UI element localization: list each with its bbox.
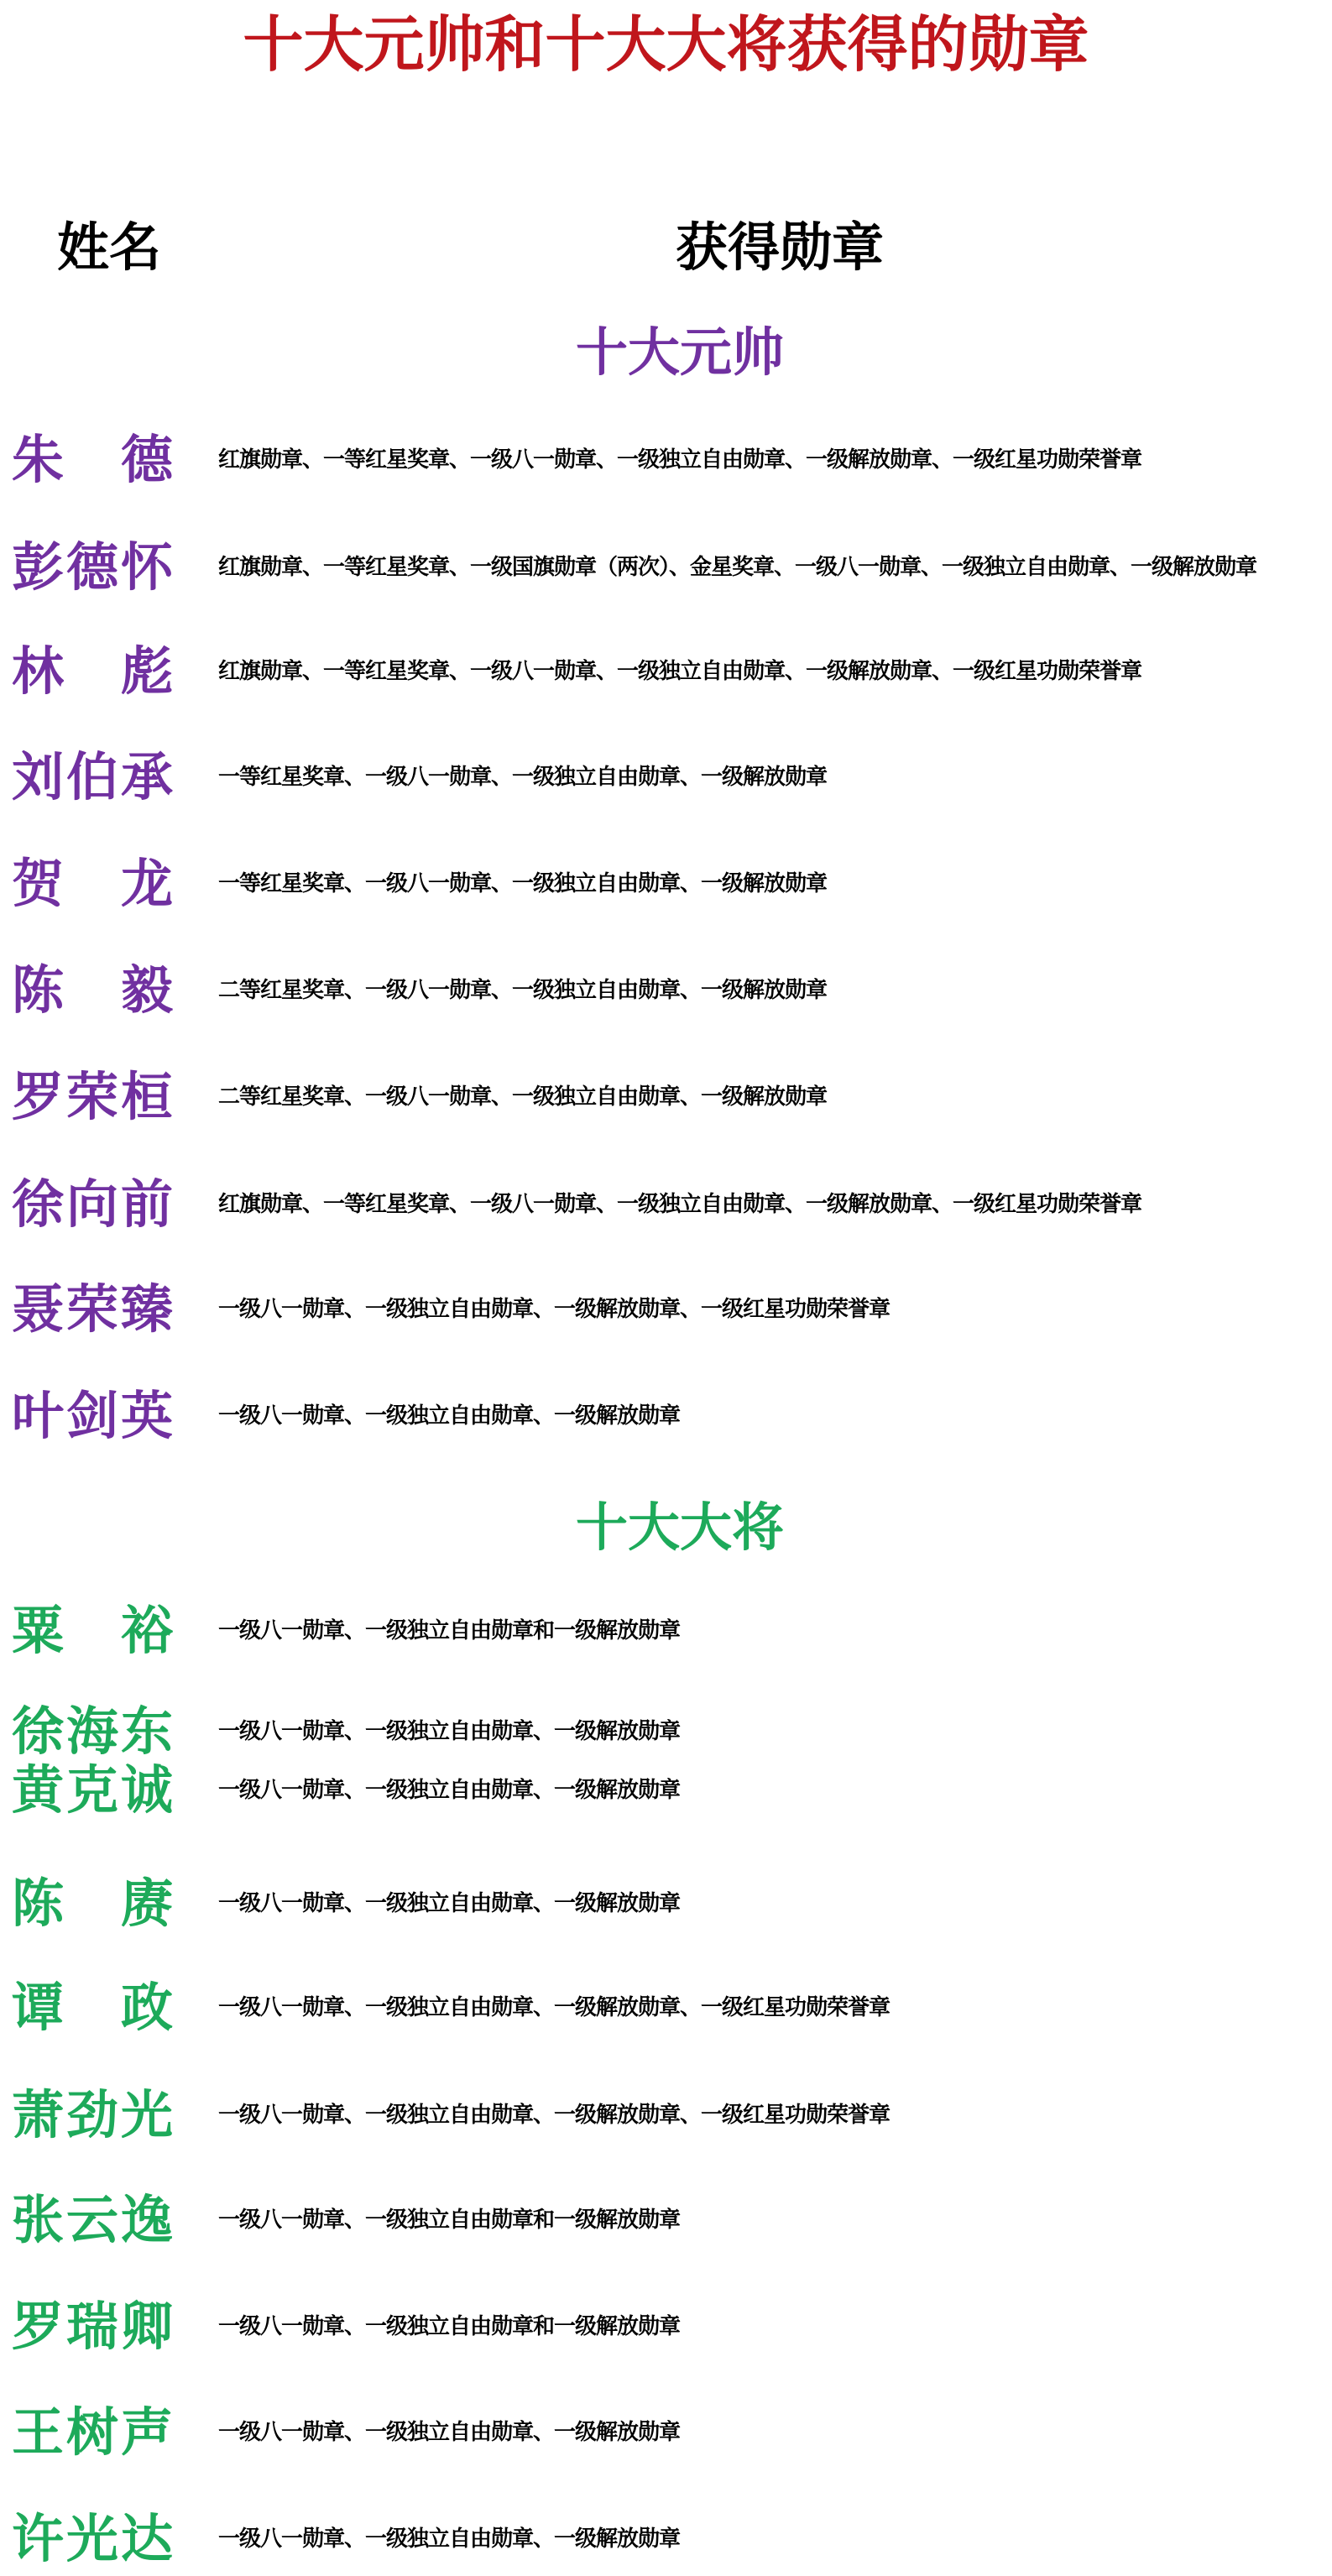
- name-char: 荣: [66, 1276, 118, 1343]
- person-row: 叶剑英一级八一勋章、一级独立自由勋章、一级解放勋章: [0, 1382, 1332, 1450]
- person-name: 彭德怀: [12, 534, 173, 601]
- person-name: 王树声: [12, 2399, 173, 2466]
- name-char: 荣: [66, 1063, 118, 1131]
- name-char: 龙: [121, 850, 173, 917]
- name-char: 克: [66, 1763, 118, 1818]
- person-name: 贺龙: [12, 850, 173, 917]
- section-heading-marshals: 十大元帅: [0, 319, 1332, 386]
- name-char: 彭: [12, 534, 64, 601]
- name-char: 王: [12, 2399, 64, 2466]
- person-row: 林彪红旗勋章、一等红星奖章、一级八一勋章、一级独立自由勋章、一级解放勋章、一级红…: [0, 638, 1332, 705]
- name-char: 朱: [12, 426, 64, 494]
- medal-list: 二等红星奖章、一级八一勋章、一级独立自由勋章、一级解放勋章: [218, 1063, 827, 1131]
- name-char: 谭: [12, 1974, 64, 2041]
- medal-list: 一级八一勋章、一级独立自由勋章、一级解放勋章: [218, 1704, 680, 1759]
- person-name: 许光达: [12, 2505, 173, 2573]
- name-char: 陈: [12, 957, 64, 1024]
- name-char: 云: [66, 2187, 118, 2254]
- person-row: 张云逸一级八一勋章、一级独立自由勋章和一级解放勋章: [0, 2187, 1332, 2254]
- name-char: 徐: [12, 1704, 64, 1759]
- name-char: 罗: [12, 1063, 64, 1131]
- medal-list: 一级八一勋章、一级独立自由勋章、一级解放勋章: [218, 1382, 680, 1450]
- page-title: 十大元帅和十大大将获得的勋章: [0, 7, 1332, 82]
- medal-list: 一级八一勋章、一级独立自由勋章、一级解放勋章、一级红星功勋荣誉章: [218, 1974, 890, 2041]
- name-char: 海: [66, 1704, 118, 1759]
- name-char: 桓: [121, 1063, 173, 1131]
- name-char: 向: [66, 1171, 118, 1238]
- name-char: 罗: [12, 2293, 64, 2360]
- name-char: 诚: [121, 1763, 173, 1818]
- medal-list: 一级八一勋章、一级独立自由勋章、一级解放勋章: [218, 2399, 680, 2466]
- name-char: 德: [121, 426, 173, 494]
- name-char: 叶: [12, 1382, 64, 1450]
- person-name: 聂荣臻: [12, 1276, 173, 1343]
- name-char: 粟: [12, 1597, 64, 1664]
- name-char: 瑞: [66, 2293, 118, 2360]
- column-header-name: 姓名: [57, 214, 161, 281]
- medal-list: 红旗勋章、一等红星奖章、一级国旗勋章（两次）、金星奖章、一级八一勋章、一级独立自…: [218, 534, 1256, 601]
- name-char: 黄: [12, 1763, 64, 1818]
- name-char: 东: [121, 1704, 173, 1759]
- name-char: 承: [121, 744, 173, 811]
- medal-list: 红旗勋章、一等红星奖章、一级八一勋章、一级独立自由勋章、一级解放勋章、一级红星功…: [218, 426, 1141, 494]
- person-row: 刘伯承一等红星奖章、一级八一勋章、一级独立自由勋章、一级解放勋章: [0, 744, 1332, 811]
- name-char: 裕: [121, 1597, 173, 1664]
- person-row: 陈赓一级八一勋章、一级独立自由勋章、一级解放勋章: [0, 1870, 1332, 1937]
- section-heading-generals: 十大大将: [0, 1494, 1332, 1561]
- name-char: 逸: [121, 2187, 173, 2254]
- name-char: 陈: [12, 1870, 64, 1937]
- person-row: 粟裕一级八一勋章、一级独立自由勋章和一级解放勋章: [0, 1597, 1332, 1664]
- person-name: 徐向前: [12, 1171, 173, 1238]
- name-char: 张: [12, 2187, 64, 2254]
- person-name: 叶剑英: [12, 1382, 173, 1450]
- name-char: 达: [121, 2505, 173, 2573]
- person-row: 许光达一级八一勋章、一级独立自由勋章、一级解放勋章: [0, 2505, 1332, 2573]
- person-name: 粟裕: [12, 1597, 173, 1664]
- name-char: 林: [12, 638, 64, 705]
- name-char: 德: [66, 534, 118, 601]
- person-name: 徐海东: [12, 1704, 173, 1759]
- name-char: 政: [121, 1974, 173, 2041]
- person-row: 彭德怀红旗勋章、一等红星奖章、一级国旗勋章（两次）、金星奖章、一级八一勋章、一级…: [0, 534, 1332, 601]
- person-row: 聂荣臻一级八一勋章、一级独立自由勋章、一级解放勋章、一级红星功勋荣誉章: [0, 1276, 1332, 1343]
- name-char: 徐: [12, 1171, 64, 1238]
- person-row: 罗荣桓二等红星奖章、一级八一勋章、一级独立自由勋章、一级解放勋章: [0, 1063, 1332, 1131]
- person-name: 刘伯承: [12, 744, 173, 811]
- person-row: 朱德红旗勋章、一等红星奖章、一级八一勋章、一级独立自由勋章、一级解放勋章、一级红…: [0, 426, 1332, 494]
- name-char: 剑: [66, 1382, 118, 1450]
- person-name: 张云逸: [12, 2187, 173, 2254]
- medal-list: 一级八一勋章、一级独立自由勋章、一级解放勋章: [218, 1870, 680, 1937]
- medal-list: 一级八一勋章、一级独立自由勋章、一级解放勋章、一级红星功勋荣誉章: [218, 1276, 890, 1343]
- person-row: 谭政一级八一勋章、一级独立自由勋章、一级解放勋章、一级红星功勋荣誉章: [0, 1974, 1332, 2041]
- name-char: 英: [121, 1382, 173, 1450]
- person-row: 贺龙一等红星奖章、一级八一勋章、一级独立自由勋章、一级解放勋章: [0, 850, 1332, 917]
- medal-list: 一等红星奖章、一级八一勋章、一级独立自由勋章、一级解放勋章: [218, 850, 827, 917]
- name-char: 前: [121, 1171, 173, 1238]
- medal-list: 一级八一勋章、一级独立自由勋章、一级解放勋章: [218, 1763, 680, 1818]
- medal-list: 一级八一勋章、一级独立自由勋章和一级解放勋章: [218, 2293, 680, 2360]
- medal-list: 一级八一勋章、一级独立自由勋章、一级解放勋章: [218, 2505, 680, 2573]
- name-char: 许: [12, 2505, 64, 2573]
- name-char: 声: [121, 2399, 173, 2466]
- person-name: 黄克诚: [12, 1763, 173, 1818]
- person-row: 陈毅二等红星奖章、一级八一勋章、一级独立自由勋章、一级解放勋章: [0, 957, 1332, 1024]
- name-char: 彪: [121, 638, 173, 705]
- name-char: 劲: [66, 2082, 118, 2149]
- medal-list: 二等红星奖章、一级八一勋章、一级独立自由勋章、一级解放勋章: [218, 957, 827, 1024]
- name-char: 怀: [121, 534, 173, 601]
- name-char: 光: [121, 2082, 173, 2149]
- name-char: 伯: [66, 744, 118, 811]
- person-row: 萧劲光一级八一勋章、一级独立自由勋章、一级解放勋章、一级红星功勋荣誉章: [0, 2082, 1332, 2149]
- person-name: 陈赓: [12, 1870, 173, 1937]
- medal-list: 一等红星奖章、一级八一勋章、一级独立自由勋章、一级解放勋章: [218, 744, 827, 811]
- person-name: 罗荣桓: [12, 1063, 173, 1131]
- person-name: 谭政: [12, 1974, 173, 2041]
- person-row: 王树声一级八一勋章、一级独立自由勋章、一级解放勋章: [0, 2399, 1332, 2466]
- name-char: 光: [66, 2505, 118, 2573]
- person-name: 林彪: [12, 638, 173, 705]
- name-char: 毅: [121, 957, 173, 1024]
- person-name: 萧劲光: [12, 2082, 173, 2149]
- column-header-medals: 获得勋章: [676, 214, 884, 281]
- person-name: 罗瑞卿: [12, 2293, 173, 2360]
- medal-list: 一级八一勋章、一级独立自由勋章和一级解放勋章: [218, 2187, 680, 2254]
- person-row: 徐海东一级八一勋章、一级独立自由勋章、一级解放勋章: [0, 1704, 1332, 1771]
- name-char: 聂: [12, 1276, 64, 1343]
- medal-list: 一级八一勋章、一级独立自由勋章和一级解放勋章: [218, 1597, 680, 1664]
- name-char: 萧: [12, 2082, 64, 2149]
- person-row: 黄克诚一级八一勋章、一级独立自由勋章、一级解放勋章: [0, 1763, 1332, 1830]
- name-char: 树: [66, 2399, 118, 2466]
- person-row: 罗瑞卿一级八一勋章、一级独立自由勋章和一级解放勋章: [0, 2293, 1332, 2360]
- name-char: 卿: [121, 2293, 173, 2360]
- name-char: 刘: [12, 744, 64, 811]
- person-name: 陈毅: [12, 957, 173, 1024]
- name-char: 臻: [121, 1276, 173, 1343]
- name-char: 贺: [12, 850, 64, 917]
- person-name: 朱德: [12, 426, 173, 494]
- medal-list: 红旗勋章、一等红星奖章、一级八一勋章、一级独立自由勋章、一级解放勋章、一级红星功…: [218, 638, 1141, 705]
- medal-list: 红旗勋章、一等红星奖章、一级八一勋章、一级独立自由勋章、一级解放勋章、一级红星功…: [218, 1171, 1141, 1238]
- medal-list: 一级八一勋章、一级独立自由勋章、一级解放勋章、一级红星功勋荣誉章: [218, 2082, 890, 2149]
- person-row: 徐向前红旗勋章、一等红星奖章、一级八一勋章、一级独立自由勋章、一级解放勋章、一级…: [0, 1171, 1332, 1238]
- name-char: 赓: [121, 1870, 173, 1937]
